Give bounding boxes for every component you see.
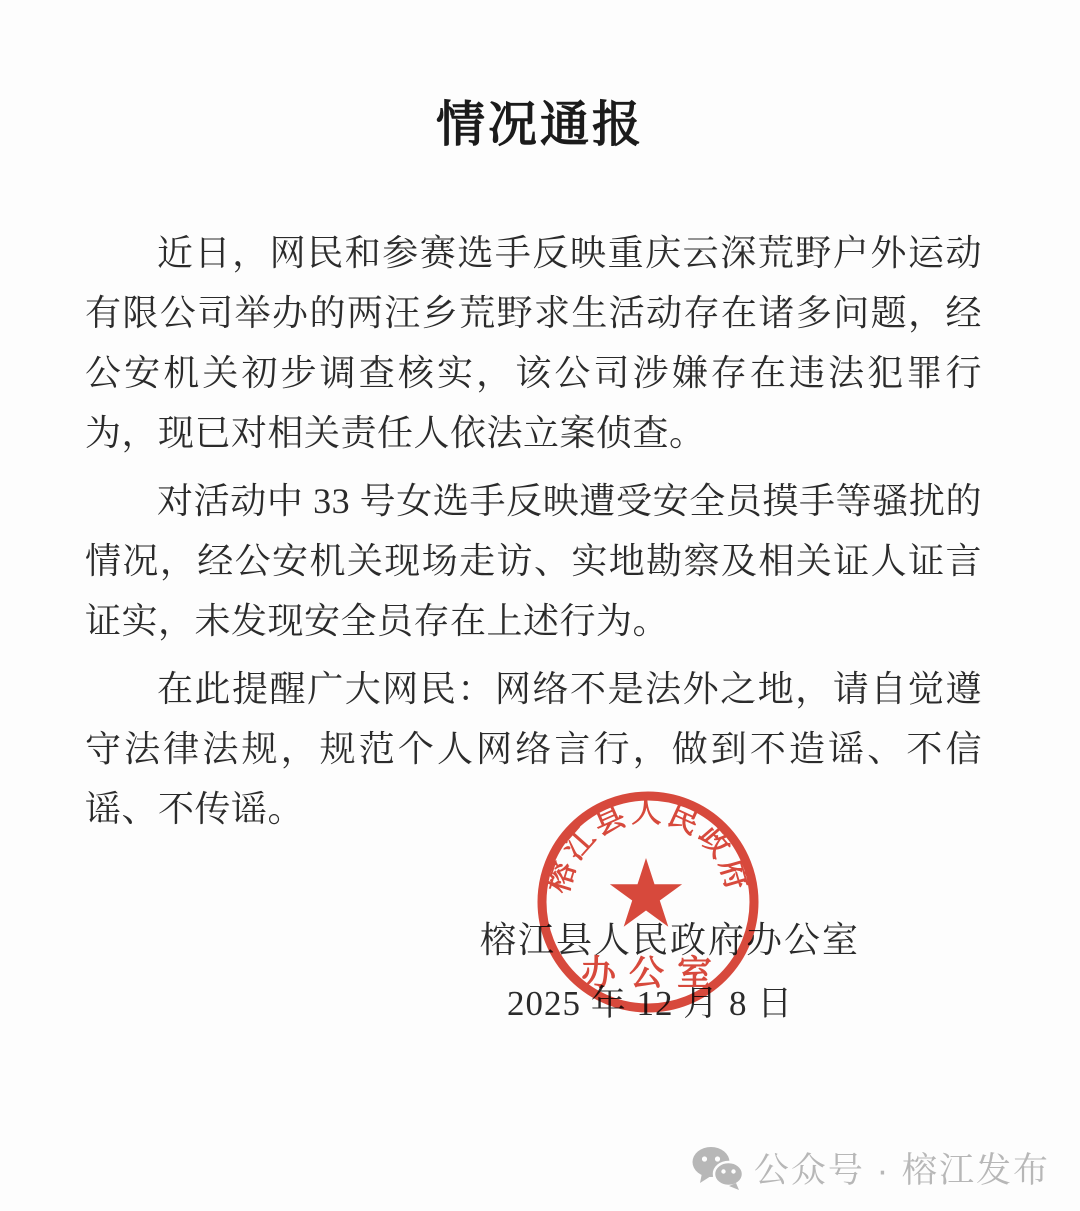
paragraph-investigation: 近日，网民和参赛选手反映重庆云深荒野户外运动有限公司举办的两汪乡荒野求生活动存在… (85, 223, 982, 463)
wechat-icon (692, 1146, 744, 1190)
document-title: 情况通报 (0, 86, 1080, 156)
official-seal: 榕江县人民政府 办公室 (528, 782, 768, 1022)
document-body: 近日，网民和参赛选手反映重庆云深荒野户外运动有限公司举办的两汪乡荒野求生活动存在… (85, 223, 982, 847)
seal-inner-text: 办公室 (581, 954, 725, 993)
seal-star (610, 858, 682, 927)
paragraph-harassment-claim: 对活动中 33 号女选手反映遭受安全员摸手等骚扰的情况，经公安机关现场走访、实地… (85, 471, 982, 651)
watermark-label: 公众号 · 榕江发布 (754, 1143, 1050, 1193)
source-watermark: 公众号 · 榕江发布 (692, 1143, 1050, 1193)
notice-document: 情况通报 近日，网民和参赛选手反映重庆云深荒野户外运动有限公司举办的两汪乡荒野求… (0, 0, 1080, 1211)
